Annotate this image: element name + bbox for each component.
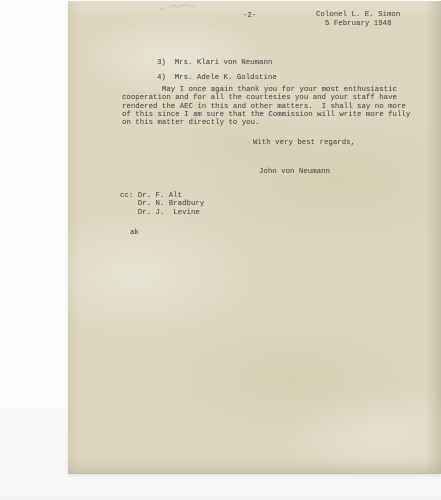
scanned-letter-image: -2- Colonel L. E. Simon 5 February 1948 … [0, 0, 441, 500]
body-paragraph: May I once again thank you for your most… [122, 86, 432, 127]
pencil-annotation [158, 2, 200, 14]
letter-page: -2- Colonel L. E. Simon 5 February 1948 … [68, 1, 441, 474]
header-recipient: Colonel L. E. Simon [316, 11, 400, 19]
page-number: -2- [243, 12, 256, 20]
header-date: 5 February 1948 [325, 20, 392, 28]
closing-regards: With very best regards, [253, 139, 355, 147]
list-item: 4) Mrs. Adele K. Goldstine [157, 74, 277, 82]
signature-name: John von Neumann [259, 168, 330, 176]
cc-block: cc: Dr. F. Alt Dr. N. Bradbury Dr. J. Le… [120, 192, 204, 217]
list-item: 3) Mrs. Klari von Neumann [157, 59, 272, 67]
typist-initials: ak [130, 229, 139, 237]
